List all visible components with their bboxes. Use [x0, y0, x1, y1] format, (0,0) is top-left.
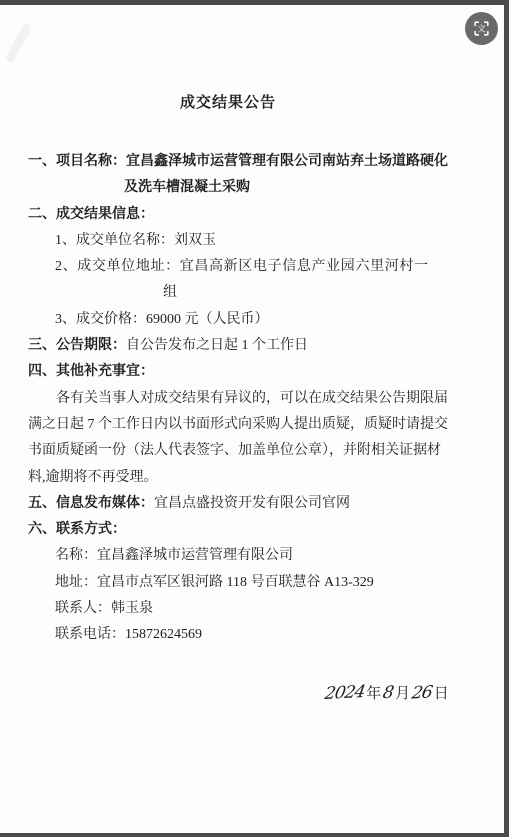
section-project-heading: 一、项目名称：宜昌鑫泽城市运营管理有限公司南站弃土场道路硬化 — [28, 149, 428, 175]
scan-text-icon: 文 — [472, 19, 491, 38]
result-item-winner-name: 1、成交单位名称：刘双玉 — [55, 228, 428, 254]
section-media-text: 宜昌点盛投资开发有限公司官网 — [154, 496, 350, 511]
section-media: 五、信息发布媒体：宜昌点盛投资开发有限公司官网 — [28, 491, 428, 517]
date-day-handwritten: 26 — [410, 679, 434, 706]
section-period-label: 三、公告期限： — [28, 338, 126, 353]
section-contact-heading: 六、联系方式： — [28, 517, 428, 543]
contact-address: 地址：宜昌市点军区银河路 118 号百联慧谷 A13-329 — [55, 570, 428, 596]
handwritten-date: 2024年8月26日 — [323, 680, 428, 707]
document-viewer: 文 成交结果公告 一、项目名称：宜昌鑫泽城市运营管理有限公司南站弃土场道路硬化 … — [0, 0, 509, 837]
result-item-winner-address: 2、成交单位地址：宜昌高新区电子信息产业园六里河村一 — [55, 254, 428, 280]
contact-name: 名称：宜昌鑫泽城市运营管理有限公司 — [55, 543, 428, 569]
result-item-winner-address-wrap: 组 — [163, 280, 428, 306]
section-period-text: 自公告发布之日起 1 个工作日 — [126, 338, 308, 353]
section-supplement-heading: 四、其他补充事宜： — [28, 359, 428, 385]
right-edge-bar — [504, 0, 509, 837]
date-year-unit: 年 — [366, 686, 381, 702]
section-result-heading: 二、成交结果信息： — [28, 202, 428, 228]
project-name-line1: 宜昌鑫泽城市运营管理有限公司南站弃土场道路硬化 — [126, 154, 448, 169]
contact-phone: 联系电话：15872624569 — [55, 622, 428, 648]
bottom-edge-bar — [0, 833, 509, 837]
contact-person: 联系人：韩玉泉 — [55, 596, 428, 622]
date-month-handwritten: 8 — [381, 679, 395, 706]
date-month-unit: 月 — [395, 686, 410, 702]
supplement-paragraph-line3: 书面质疑函一份（法人代表签字、加盖单位公章），并附相关证据材 — [28, 438, 428, 464]
date-day-unit: 日 — [434, 686, 449, 702]
date-year-handwritten: 2024 — [323, 679, 367, 707]
project-name-line2: 及洗车槽混凝土采购 — [124, 175, 428, 201]
section-media-label: 五、信息发布媒体： — [28, 496, 154, 511]
section-period: 三、公告期限：自公告发布之日起 1 个工作日 — [28, 333, 428, 359]
result-item-price: 3、成交价格：69000 元（人民币） — [55, 307, 428, 333]
svg-text:文: 文 — [477, 23, 486, 34]
ocr-text-recognition-button[interactable]: 文 — [465, 12, 498, 45]
page-title: 成交结果公告 — [28, 95, 428, 112]
supplement-paragraph-line4: 料,逾期将不再受理。 — [28, 465, 428, 491]
supplement-paragraph-line2: 满之日起 7 个工作日内以书面形式向采购人提出质疑，质疑时请提交 — [28, 412, 428, 438]
section-project-label: 一、项目名称： — [28, 154, 126, 169]
announcement-page: 成交结果公告 一、项目名称：宜昌鑫泽城市运营管理有限公司南站弃土场道路硬化 及洗… — [28, 95, 428, 707]
scan-artifact-streak — [5, 22, 33, 63]
top-edge-bar — [0, 0, 509, 5]
supplement-paragraph-line1: 各有关当事人对成交结果有异议的，可以在成交结果公告期限届 — [28, 386, 428, 412]
